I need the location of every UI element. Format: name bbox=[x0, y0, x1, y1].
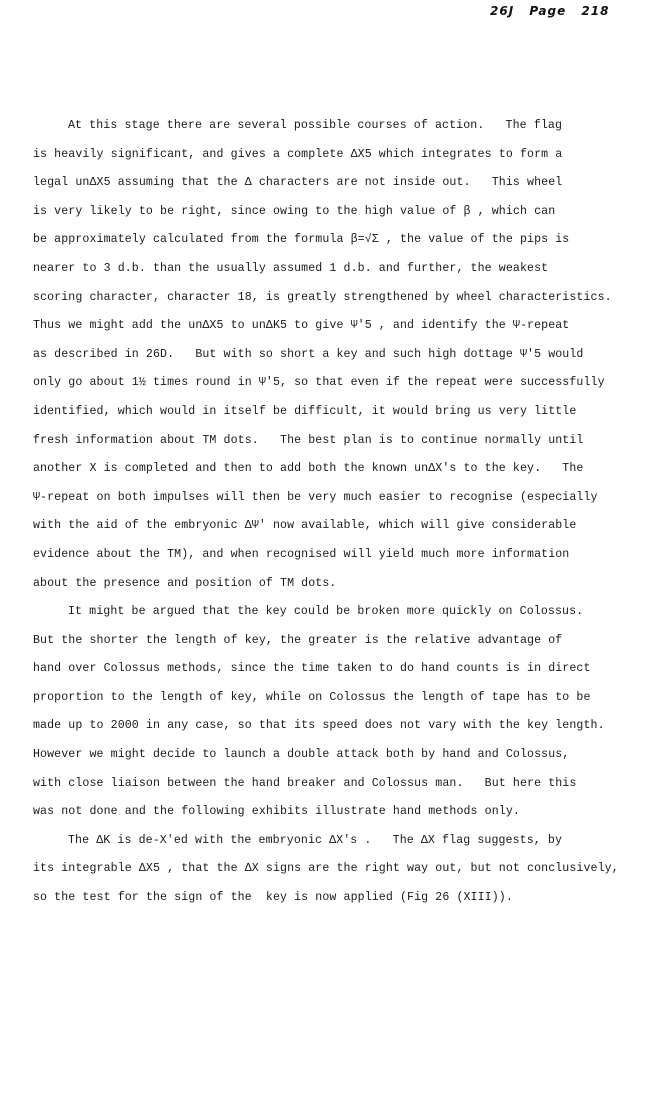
paragraph-2: It might be argued that the key could be… bbox=[33, 598, 633, 827]
text-line: nearer to 3 d.b. than the usually assume… bbox=[33, 255, 633, 284]
text-line: But the shorter the length of key, the g… bbox=[33, 627, 633, 656]
text-line: Ψ-repeat on both impulses will then be v… bbox=[33, 484, 633, 513]
text-line: The ΔK is de-Χ'ed with the embryonic ΔΧ'… bbox=[33, 827, 633, 856]
text-line: At this stage there are several possible… bbox=[33, 112, 633, 141]
text-line: It might be argued that the key could be… bbox=[33, 598, 633, 627]
text-line: Thus we might add the unΔΧ5 to unΔΚ5 to … bbox=[33, 312, 633, 341]
text-line: is heavily significant, and gives a comp… bbox=[33, 141, 633, 170]
page-ref: 26J bbox=[490, 4, 514, 18]
text-line: so the test for the sign of the key is n… bbox=[33, 884, 633, 913]
paragraph-1: At this stage there are several possible… bbox=[33, 112, 633, 598]
text-line: be approximately calculated from the for… bbox=[33, 226, 633, 255]
text-line: hand over Colossus methods, since the ti… bbox=[33, 655, 633, 684]
text-line: proportion to the length of key, while o… bbox=[33, 684, 633, 713]
text-line: with close liaison between the hand brea… bbox=[33, 770, 633, 799]
page-header: 26J Page 218 bbox=[490, 4, 609, 18]
text-line: as described in 26D. But with so short a… bbox=[33, 341, 633, 370]
text-line: fresh information about TM dots. The bes… bbox=[33, 427, 633, 456]
text-line: is very likely to be right, since owing … bbox=[33, 198, 633, 227]
text-line: another Χ is completed and then to add b… bbox=[33, 455, 633, 484]
text-line: scoring character, character 18, is grea… bbox=[33, 284, 633, 313]
text-line: legal unΔΧ5 assuming that the Δ characte… bbox=[33, 169, 633, 198]
page-label: Page bbox=[529, 4, 566, 18]
page-number: 218 bbox=[581, 4, 609, 18]
text-line: with the aid of the embryonic ΔΨ' now av… bbox=[33, 512, 633, 541]
document-body: At this stage there are several possible… bbox=[33, 112, 633, 913]
text-line: was not done and the following exhibits … bbox=[33, 798, 633, 827]
text-line: only go about 1½ times round in Ψ'5, so … bbox=[33, 369, 633, 398]
text-line: identified, which would in itself be dif… bbox=[33, 398, 633, 427]
paragraph-3: The ΔK is de-Χ'ed with the embryonic ΔΧ'… bbox=[33, 827, 633, 913]
text-line: its integrable ΔΧ5 , that the ΔΧ signs a… bbox=[33, 855, 633, 884]
text-line: However we might decide to launch a doub… bbox=[33, 741, 633, 770]
text-line: about the presence and position of TM do… bbox=[33, 570, 633, 599]
text-line: evidence about the TM), and when recogni… bbox=[33, 541, 633, 570]
text-line: made up to 2000 in any case, so that its… bbox=[33, 712, 633, 741]
